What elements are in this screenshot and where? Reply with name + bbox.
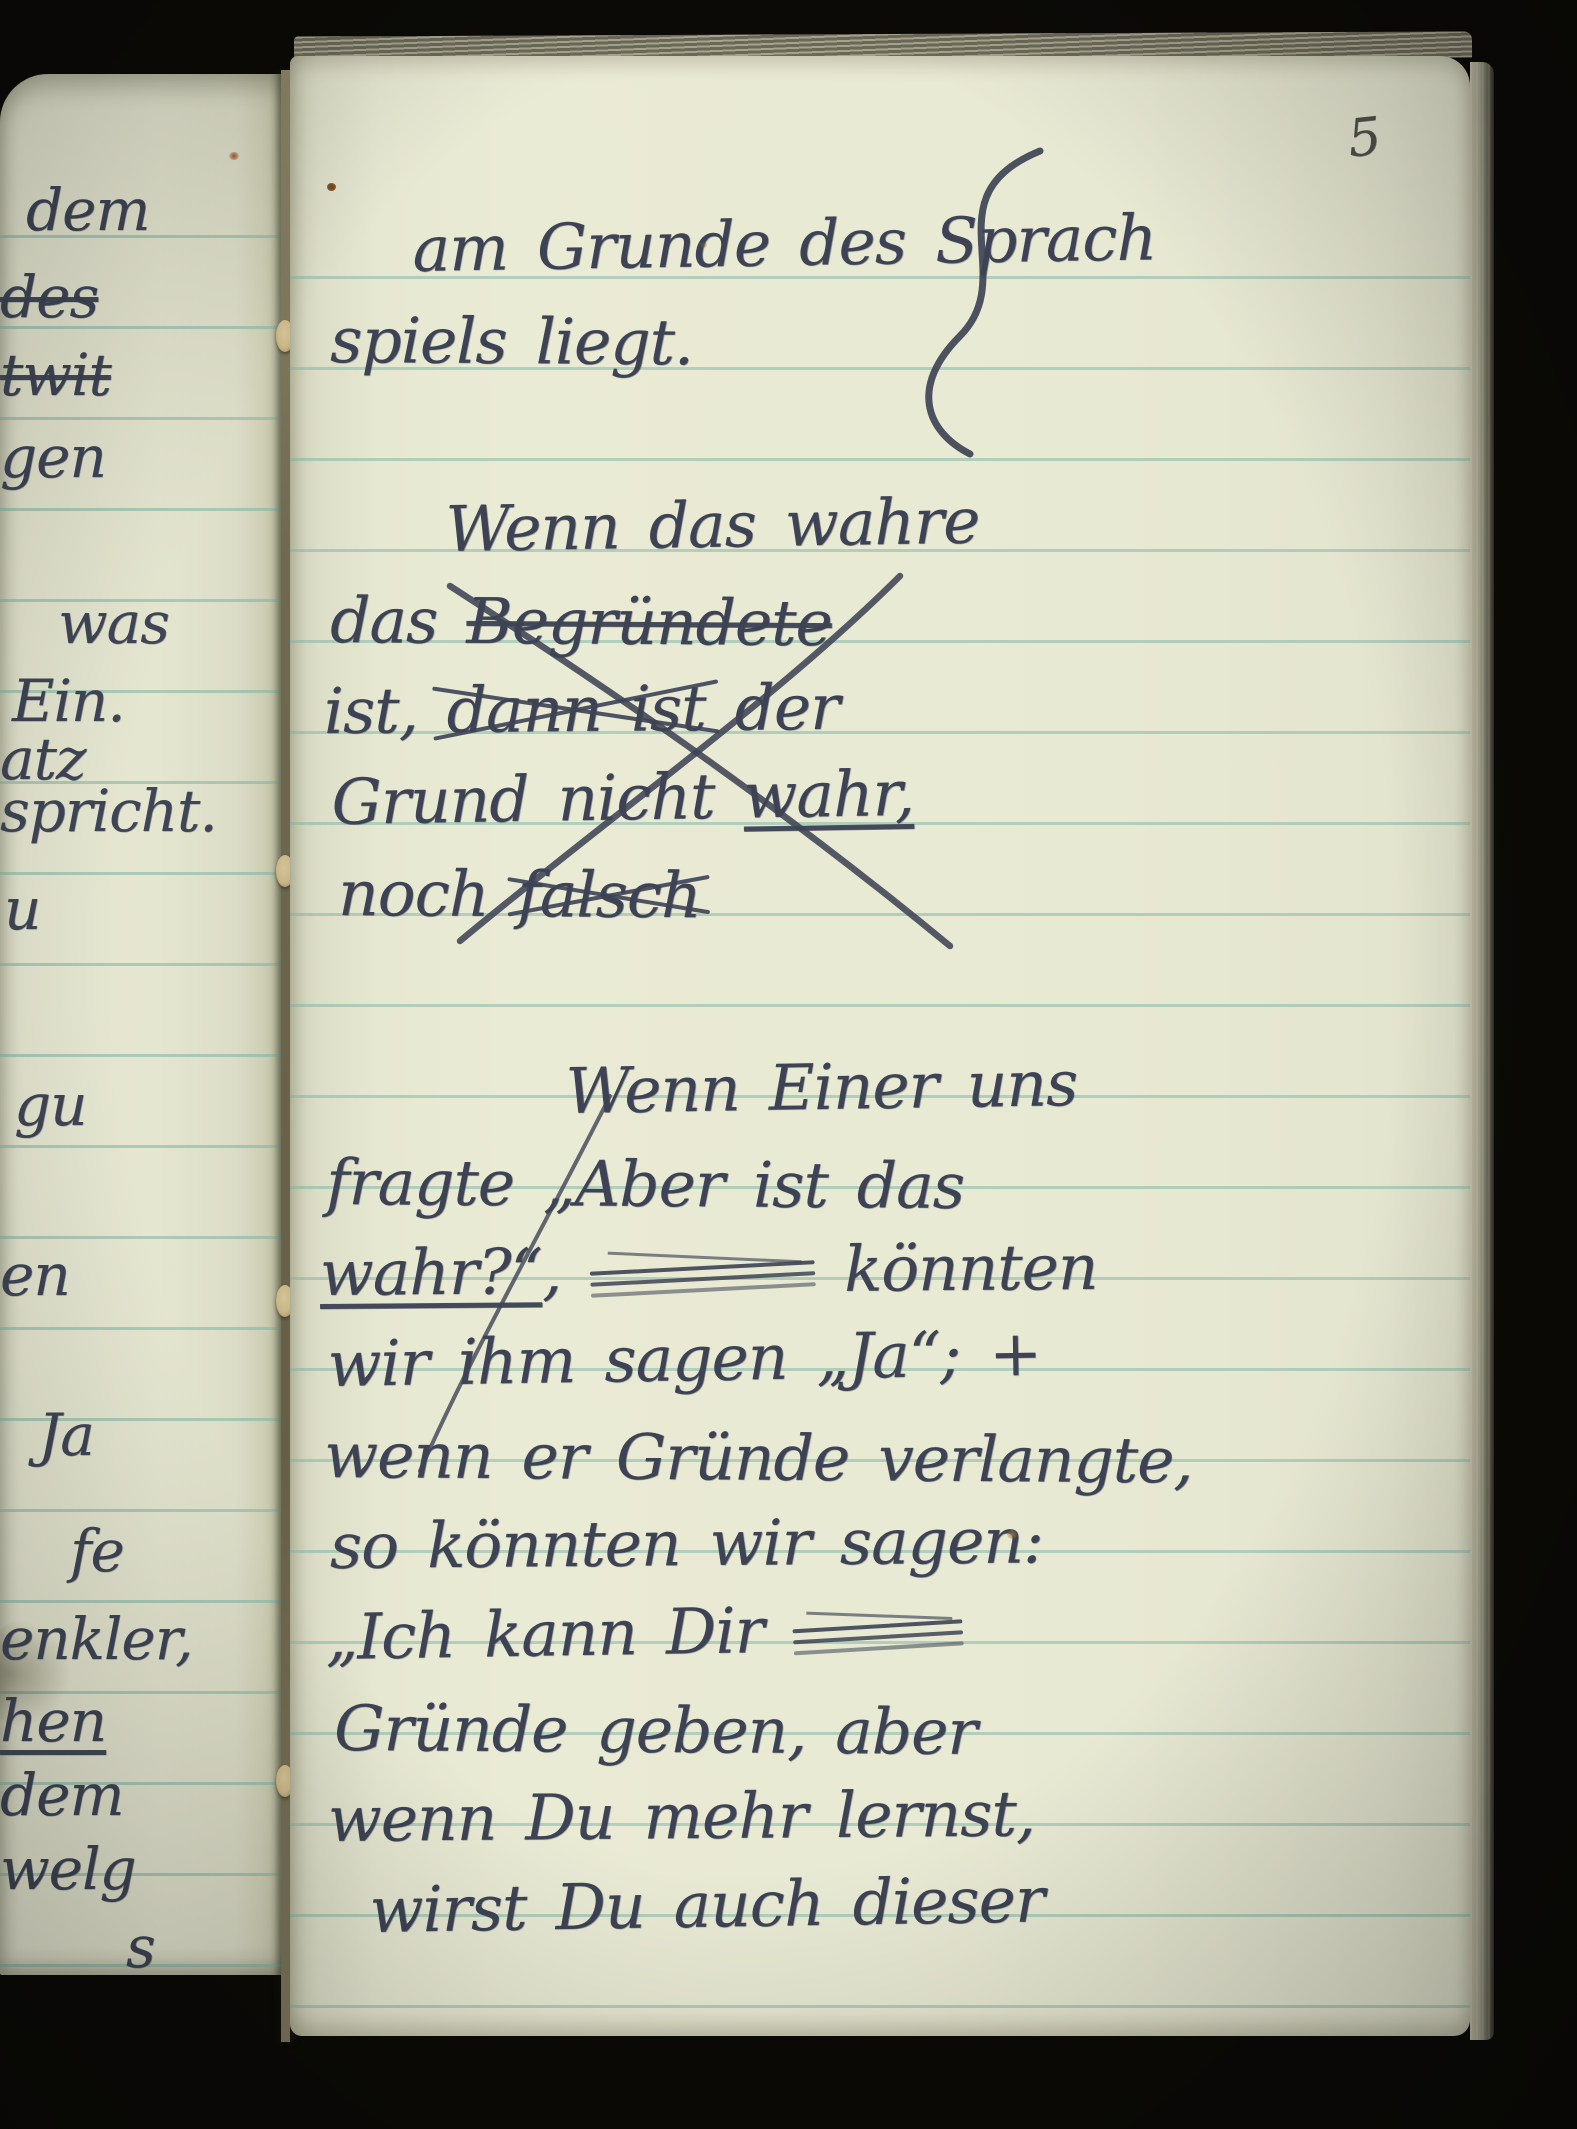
handwritten-line: noch falsch (338, 848, 1465, 946)
left-page-fragment: Ja (38, 1400, 94, 1470)
handwritten-text: wenn er Gründe verlangte, (324, 1419, 1193, 1497)
handwritten-text: dann ist (446, 663, 706, 756)
left-page-fragment: fe (70, 1516, 124, 1586)
handwritten-text: spiels liegt. (330, 304, 693, 379)
notebook-photo: demdestwitgenwasEin.atzspricht.uguenJafe… (0, 0, 1577, 2129)
handwritten-text: das (330, 584, 467, 658)
handwritten-line: „Ich kann Dir (325, 1574, 1464, 1683)
handwritten-text: noch (338, 857, 518, 931)
handwritten-line: am Grunde des Sprach (412, 188, 1464, 295)
left-page-fragment: was (58, 588, 169, 658)
handwriting-block: am Grunde des Sprachspiels liegt.Wenn da… (290, 56, 1470, 2036)
strikethrough-scribble (590, 1253, 815, 1297)
handwritten-text: Gründe geben, aber (334, 1692, 977, 1769)
handwritten-text: falsch (517, 849, 701, 941)
handwritten-text: so könnten wir sagen: (329, 1504, 1043, 1583)
handwritten-text: Begründete (466, 585, 832, 660)
ink-stain (327, 183, 336, 191)
paragraph: am Grunde des Sprachspiels liegt. (318, 204, 1464, 386)
handwritten-line: Wenn Einer uns (565, 1032, 1464, 1137)
handwritten-line: wirst Du auch dieser (369, 1848, 1464, 1956)
handwritten-line: spiels liegt. (330, 295, 1465, 393)
handwritten-line: wir ihm sagen „Ja“; + (327, 1301, 1464, 1410)
left-page-fragment: hen (0, 1686, 106, 1756)
handwritten-text: „Ich kann Dir (325, 1594, 793, 1674)
left-page-fragment: dem (0, 1760, 123, 1830)
handwritten-text: wahr, (743, 757, 914, 833)
main-page: 5 am Grunde des Sprachspiels liegt.Wenn … (290, 56, 1470, 2036)
left-page-fragment: u (4, 874, 40, 944)
handwritten-text: , (542, 1235, 591, 1308)
handwritten-text: wahr?“ (319, 1235, 542, 1310)
handwritten-text: fragte „Aber ist das (326, 1146, 964, 1223)
left-page-fragment: dem (26, 175, 149, 245)
handwritten-text: Wenn das wahre (445, 485, 980, 566)
handwritten-text: der (705, 671, 839, 745)
page-stack-right-edge (1470, 62, 1494, 2040)
left-page-fragment: des (0, 262, 98, 332)
ink-stain (1007, 1530, 1017, 1539)
handwritten-text: am Grunde des Sprach (412, 201, 1157, 286)
ink-stain (700, 242, 707, 248)
left-page: demdestwitgenwasEin.atzspricht.uguenJafe… (0, 74, 286, 1975)
left-page-fragment: welg (0, 1834, 136, 1904)
strikethrough-scribble (792, 1611, 963, 1656)
ink-stain (229, 152, 239, 160)
handwritten-line: Grund nicht wahr, (331, 739, 1464, 848)
handwritten-text: wirst Du auch dieser (369, 1863, 1045, 1947)
handwritten-text: Grund nicht (331, 760, 744, 839)
paragraph: Wenn Einer unsfragte „Aber ist daswahr?“… (318, 1046, 1464, 1956)
handwritten-text: ist, (323, 674, 446, 748)
left-page-fragment: gu (14, 1070, 86, 1140)
handwritten-text: Wenn Einer uns (565, 1047, 1078, 1128)
handwritten-text: wenn Du mehr lernst, (327, 1777, 1035, 1856)
left-page-fragment: en (0, 1240, 70, 1310)
handwritten-text: könnten (815, 1231, 1098, 1306)
left-page-fragment: s (126, 1912, 155, 1982)
left-page-fragment: gen (0, 422, 106, 492)
left-page-fragment: enkler, (0, 1604, 193, 1674)
left-page-fragment: twit (0, 340, 111, 410)
handwritten-line: Wenn das wahre (445, 468, 1464, 575)
handwritten-text: wir ihm sagen „Ja“; + (327, 1317, 1042, 1401)
binding-seam (281, 70, 290, 2042)
paragraph: Wenn das wahredas Begründeteist, dann is… (318, 484, 1464, 939)
left-page-fragment: spricht. (0, 776, 217, 846)
